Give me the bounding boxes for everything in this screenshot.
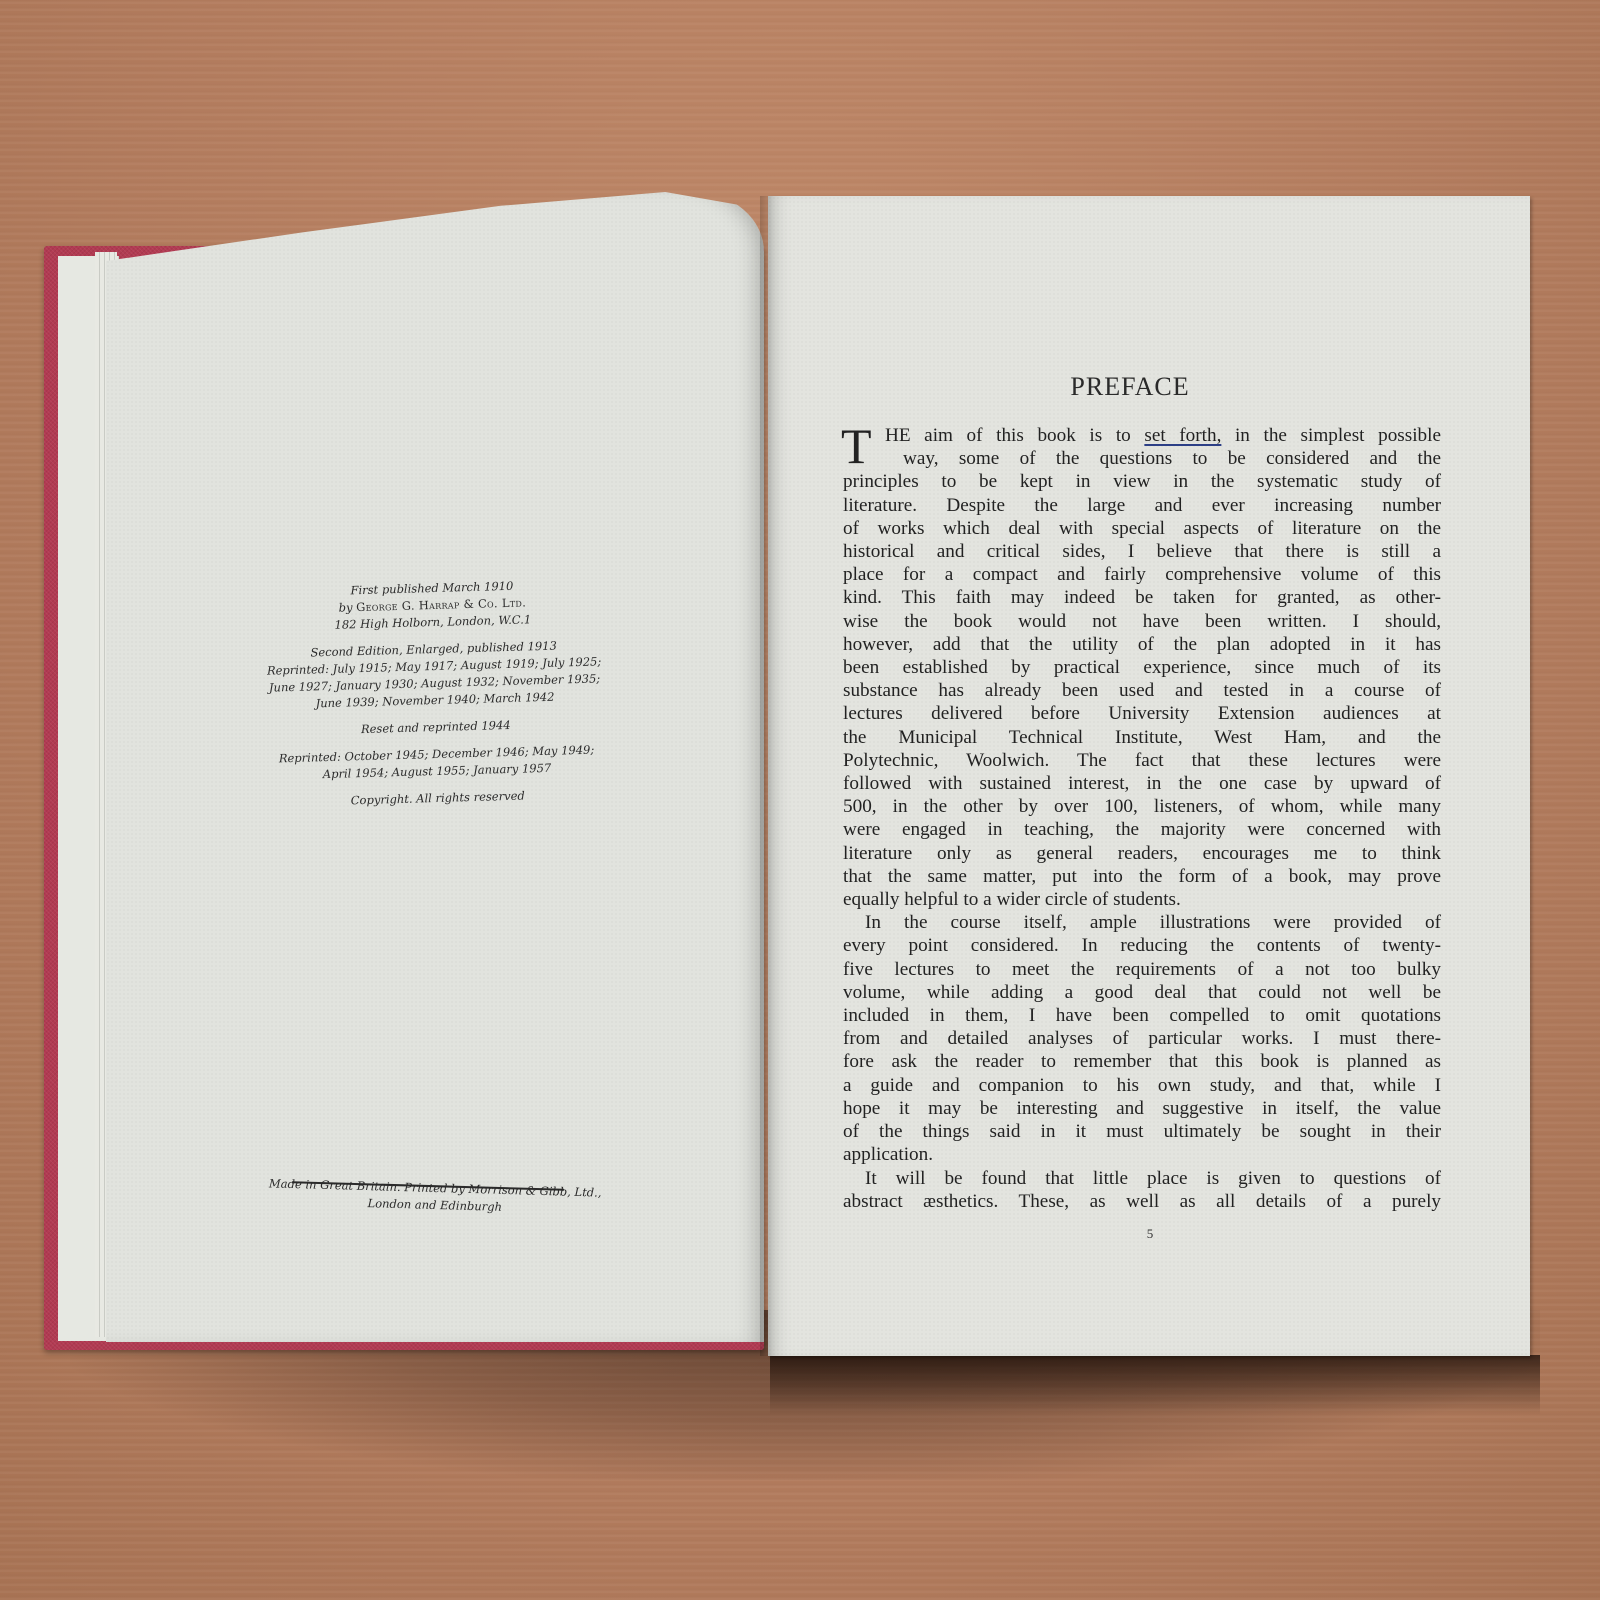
text-line: of works which deal with special aspects… xyxy=(843,517,1441,540)
text-line: the Municipal Technical Institute, West … xyxy=(843,726,1441,749)
text-line: abstract æsthetics. These, as well as al… xyxy=(843,1190,1441,1213)
page-title: PREFACE xyxy=(830,372,1430,402)
text-line: Polytechnic, Woolwich. The fact that the… xyxy=(843,749,1441,772)
text-line: included in them, I have been compelled … xyxy=(843,1004,1441,1027)
text-line: literature only as general readers, enco… xyxy=(843,842,1441,865)
preface-paragraph-1: T HE aim of this book is to set forth, i… xyxy=(843,424,1441,470)
text-line: were engaged in teaching, the majority w… xyxy=(843,818,1441,841)
text-line: historical and critical sides, I believe… xyxy=(843,540,1441,563)
text-line: hope it may be interesting and suggestiv… xyxy=(843,1097,1441,1120)
preface-body: T HE aim of this book is to set forth, i… xyxy=(843,424,1441,1213)
text-line: principles to be kept in view in the sys… xyxy=(843,470,1441,493)
copyright-notice: Copyright. All rights reserved xyxy=(243,785,633,813)
text-line: a guide and companion to his own study, … xyxy=(843,1074,1441,1097)
right-page-shadow xyxy=(770,1355,1540,1415)
text-line: that the same matter, put into the form … xyxy=(843,865,1441,888)
text-line: of the things said in it must ultimately… xyxy=(843,1120,1441,1143)
text-line: from and detailed analyses of particular… xyxy=(843,1027,1441,1050)
text-line: kind. This faith may indeed be taken for… xyxy=(843,586,1441,609)
page-number: 5 xyxy=(1140,1226,1160,1242)
text-line: however, add that the utility of the pla… xyxy=(843,633,1441,656)
text-line: been established by practical experience… xyxy=(843,656,1441,679)
text-line: equally helpful to a wider circle of stu… xyxy=(843,888,1441,911)
text-line: wise the book would not have been writte… xyxy=(843,610,1441,633)
text-line: place for a compact and fairly comprehen… xyxy=(843,563,1441,586)
text-line: literature. Despite the large and ever i… xyxy=(843,494,1441,517)
drop-cap: T xyxy=(841,424,872,468)
text-line: 500, in the other by over 100, listeners… xyxy=(843,795,1441,818)
reset-reprinted: Reset and reprinted 1944 xyxy=(241,714,631,742)
pen-underline-annotation: set forth, xyxy=(1144,425,1221,446)
text-line: application. xyxy=(843,1143,1441,1166)
text-line: followed with sustained interest, in the… xyxy=(843,772,1441,795)
text-line: five lectures to meet the requirements o… xyxy=(843,958,1441,981)
text-line: substance has already been used and test… xyxy=(843,679,1441,702)
text-line: fore ask the reader to remember that thi… xyxy=(843,1050,1441,1073)
text-line: way, some of the questions to be conside… xyxy=(903,447,1441,470)
imprint-block: First published March 1910 by George G. … xyxy=(237,575,633,823)
text-line: lectures delivered before University Ext… xyxy=(843,702,1441,725)
text-line: every point considered. In reducing the … xyxy=(843,934,1441,957)
text-line: volume, while adding a good deal that co… xyxy=(843,981,1441,1004)
text-line: It will be found that little place is gi… xyxy=(843,1167,1441,1190)
book-gutter xyxy=(760,196,774,1356)
text-line: HE aim of this book is to set forth, in … xyxy=(885,424,1441,447)
text-line: In the course itself, ample illustration… xyxy=(843,911,1441,934)
